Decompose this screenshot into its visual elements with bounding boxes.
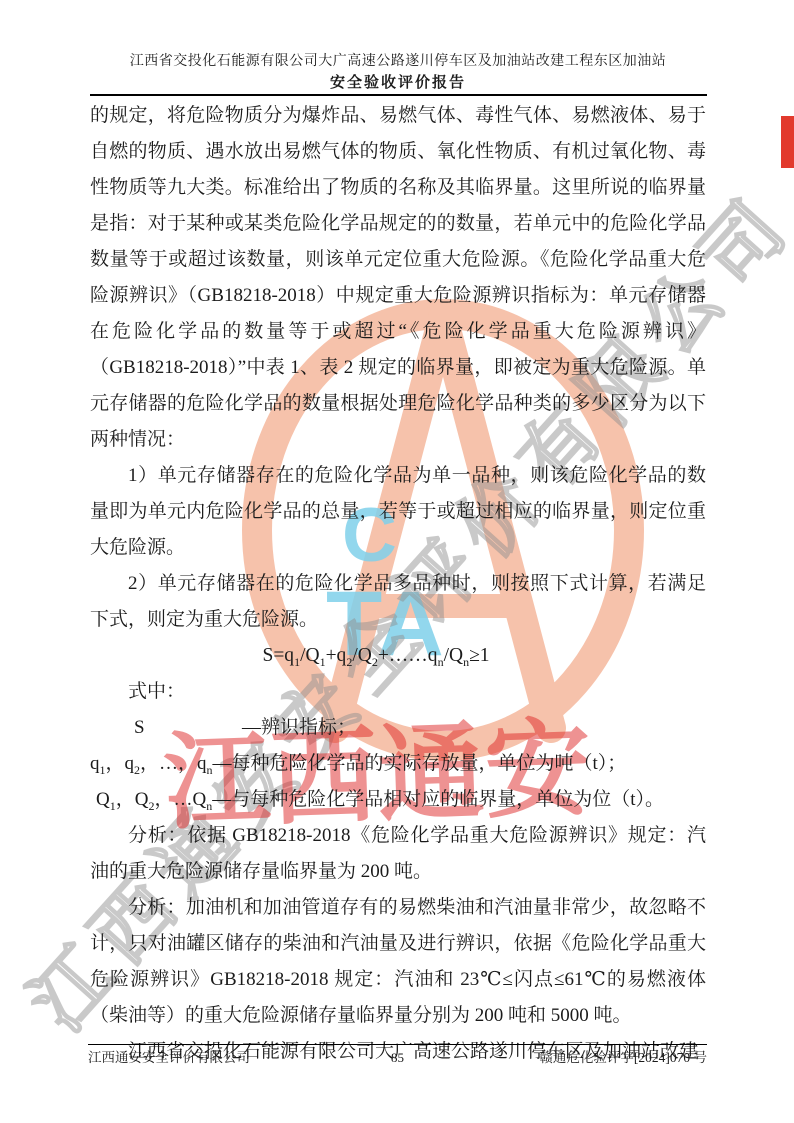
- page-footer: 江西通安安全评价有限公司 85 赣通危化验评字[2024]070 号: [88, 1049, 707, 1067]
- footer-rule: [88, 1044, 707, 1045]
- red-stamp-mark: [781, 116, 794, 168]
- definition-s: S—辨识指标；: [90, 710, 706, 746]
- paragraph-analysis1: 分析：依据 GB18218-2018《危险化学品重大危险源辨识》规定：汽油的重大…: [90, 818, 706, 890]
- formula-where-label: 式中：: [90, 674, 706, 710]
- document-page: C TA 江西通安安全评价有限公司 江西通安 江西省交投化石能源有限公司大广高速…: [0, 0, 794, 1123]
- body-text: 的规定，将危险物质分为爆炸品、易燃气体、毒性气体、易燃液体、易于自燃的物质、遇水…: [90, 98, 706, 1070]
- paragraph-case1: 1）单元存储器存在的危险化学品为单一品种，则该危险化学品的数量即为单元内危险化学…: [90, 458, 706, 566]
- page-header: 江西省交投化石能源有限公司大广高速公路遂川停车区及加油站改建工程东区加油站 安全…: [90, 52, 706, 94]
- report-title-line2: 安全验收评价报告: [90, 72, 706, 94]
- hazard-index-formula: S=q1/Q1+q2/Q2+……qn/Qn≥1: [90, 638, 706, 674]
- paragraph-case2: 2）单元存储器在的危险化学品多品种时，则按照下式计算，若满足下式，则定为重大危险…: [90, 566, 706, 638]
- paragraph-analysis2: 分析：加油机和加油管道存有的易燃柴油和汽油量非常少，故忽略不计，只对油罐区储存的…: [90, 890, 706, 1034]
- page-number: 85: [360, 1049, 434, 1067]
- definition-q-small: q1，q2，…，qn—每种危险化学品的实际存放量，单位为吨（t）；: [90, 746, 706, 782]
- footer-company: 江西通安安全评价有限公司: [88, 1049, 360, 1067]
- symbol-s: S: [134, 710, 242, 746]
- header-rule: [90, 94, 707, 96]
- definition-q-capital: Q1，Q2，…Qn—与每种危险化学品相对应的临界量，单位为位（t）。: [90, 782, 706, 818]
- symbol-s-description: —辨识指标；: [242, 717, 356, 738]
- paragraph-intro: 的规定，将危险物质分为爆炸品、易燃气体、毒性气体、易燃液体、易于自燃的物质、遇水…: [90, 98, 706, 458]
- footer-doc-number: 赣通危化验评字[2024]070 号: [435, 1049, 707, 1067]
- report-title-line1: 江西省交投化石能源有限公司大广高速公路遂川停车区及加油站改建工程东区加油站: [90, 52, 706, 72]
